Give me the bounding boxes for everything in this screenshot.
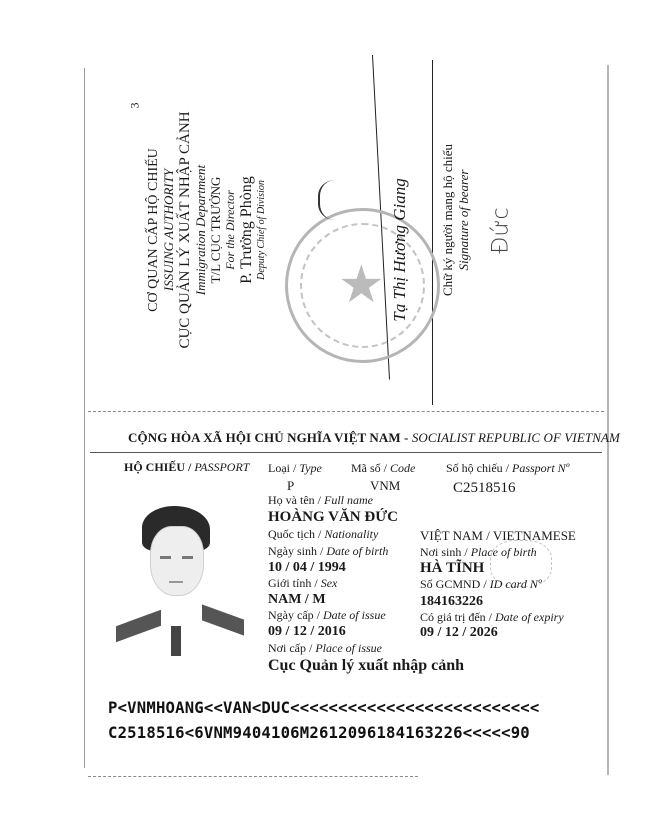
nationality-value: VIỆT NAM / VIETNAMESE: [420, 528, 576, 544]
date-of-expiry-value: 09 / 12 / 2026: [420, 625, 498, 641]
mrz-line-2: C2518516<6VNM9404106M2612096184163226<<<…: [108, 724, 530, 742]
bearer-handwritten-signature: Đức: [489, 207, 514, 253]
photo-tie: [171, 626, 181, 656]
sex-value: NAM / M: [268, 592, 326, 608]
place-of-issue-value: Cục Quản lý xuất nhập cảnh: [268, 657, 464, 675]
full-name-value: HOÀNG VĂN ĐỨC: [268, 509, 398, 526]
official-stamp: ★: [285, 208, 440, 363]
page-fold-line: [88, 411, 604, 412]
date-of-birth-value: 10 / 04 / 1994: [268, 560, 346, 576]
bearer-signature-label-en: Signature of bearer: [456, 110, 472, 330]
issuing-authority-block: CƠ QUAN CẤP HỘ CHIẾU ISSUING AUTHORITY C…: [146, 80, 268, 380]
document-title: HỘ CHIẾU / PASSPORT: [124, 460, 249, 475]
for-director-en: For the Director: [224, 80, 238, 380]
place-of-birth-value: HÀ TĨNH: [420, 560, 484, 577]
photo-collar: [202, 604, 244, 635]
type-label: Loại / Type: [268, 461, 322, 476]
photo-collar: [116, 610, 161, 642]
full-name-label: Họ và tên / Full name: [268, 493, 373, 508]
document-title-vi: HỘ CHIẾU /: [124, 460, 194, 474]
page-number: 3: [128, 103, 143, 109]
officer-title-en: Deputy Chief of Division: [256, 80, 268, 380]
photo-mouth: [169, 581, 183, 583]
passport-no-value: C2518516: [453, 480, 516, 497]
holder-photo: [112, 498, 247, 658]
sex-label: Giới tính / Sex: [268, 576, 337, 591]
signature-divider-line: [432, 60, 433, 405]
code-label: Mã số / Code: [351, 461, 415, 476]
for-director-vi: T/L CỤC TRƯỞNG: [209, 80, 224, 380]
star-icon: ★: [338, 255, 385, 315]
bearer-signature-block: Chữ ký người mang hộ chiếu Signature of …: [440, 110, 471, 330]
id-card-value: 184163226: [420, 594, 483, 610]
date-of-issue-value: 09 / 12 / 2016: [268, 624, 346, 640]
photo-eye: [182, 556, 193, 559]
type-value: P: [287, 478, 294, 494]
page-edge-right: [607, 65, 609, 775]
officer-name: Tạ Thị Hương Giang: [390, 125, 410, 375]
date-of-birth-label: Ngày sinh / Date of birth: [268, 544, 388, 559]
officer-signature-scribble: [318, 180, 360, 220]
passport-no-label: Số hộ chiếu / Passport Nº: [446, 461, 569, 476]
page-edge-left: [84, 68, 85, 768]
republic-header: CỘNG HÒA XÃ HỘI CHỦ NGHĨA VIỆT NAM - SOC…: [128, 430, 620, 446]
nationality-label: Quốc tịch / Nationality: [268, 527, 378, 542]
department-vi: CỤC QUẢN LÝ XUẤT NHẬP CẢNH: [177, 80, 194, 380]
mrz-line-1: P<VNMHOANG<<VAN<DUC<<<<<<<<<<<<<<<<<<<<<…: [108, 699, 539, 717]
id-card-label: Số GCMND / ID card Nº: [420, 577, 542, 592]
bearer-signature-label-vi: Chữ ký người mang hộ chiếu: [440, 110, 456, 330]
code-value: VNM: [370, 478, 400, 494]
republic-en: SOCIALIST REPUBLIC OF VIETNAM: [412, 430, 620, 445]
issuing-authority-label-en: ISSUING AUTHORITY: [162, 80, 177, 380]
officer-title-vi: P. Trưởng Phòng: [238, 80, 256, 380]
photo-eye: [160, 556, 171, 559]
date-of-expiry-label: Có giá trị đến / Date of expiry: [420, 610, 564, 625]
photo-face: [150, 526, 204, 596]
header-rule: [90, 452, 602, 453]
republic-vi: CỘNG HÒA XÃ HỘI CHỦ NGHĨA VIỆT NAM -: [128, 430, 412, 445]
date-of-issue-label: Ngày cấp / Date of issue: [268, 608, 386, 623]
page-bottom-line: [88, 776, 418, 777]
department-en: Immigration Department: [194, 80, 209, 380]
issuing-authority-label-vi: CƠ QUAN CẤP HỘ CHIẾU: [146, 80, 162, 380]
document-title-en: PASSPORT: [194, 460, 249, 474]
place-of-issue-label: Nơi cấp / Place of issue: [268, 641, 382, 656]
